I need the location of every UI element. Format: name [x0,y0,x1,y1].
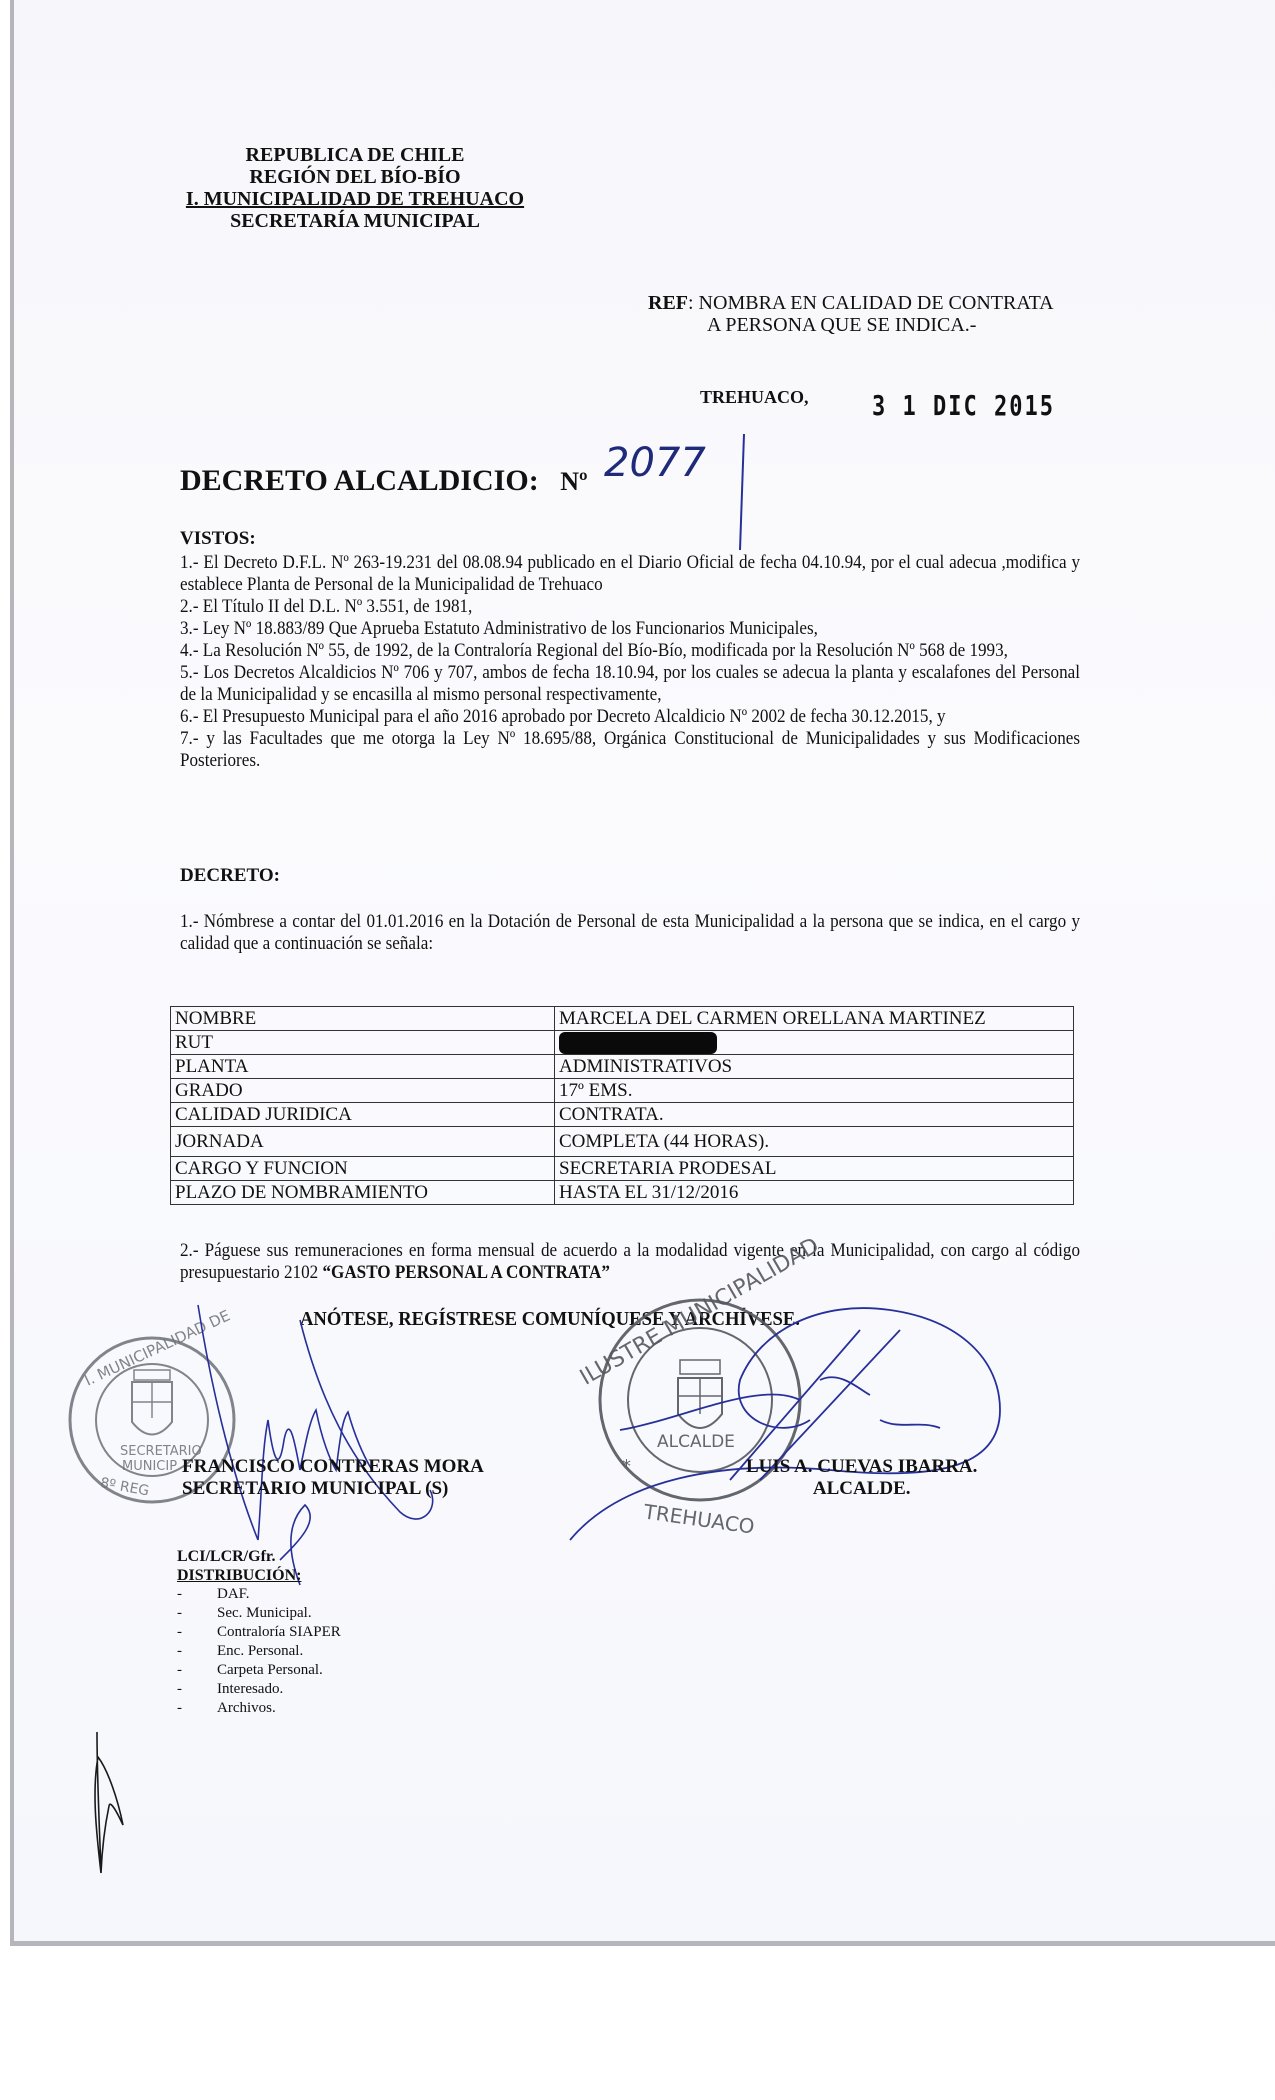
letterhead-department: SECRETARÍA MUNICIPAL [170,210,540,232]
redaction-mark [559,1032,717,1054]
mayor-name: LUIS A. CUEVAS IBARRA. [746,1456,977,1478]
letterhead: REPUBLICA DE CHILE REGIÓN DEL BÍO-BÍO I.… [170,144,540,232]
row-value: CONTRATA. [555,1103,1074,1127]
table-row: PLANTAADMINISTRATIVOS [171,1055,1074,1079]
reference-block: REF: NOMBRA EN CALIDAD DE CONTRATA A PER… [648,292,1054,336]
budget-code-label: “GASTO PERSONAL A CONTRATA” [322,1262,609,1283]
row-key: PLANTA [171,1055,555,1079]
row-key: RUT [171,1031,555,1055]
vistos-list: 1.- El Decreto D.F.L. Nº 263-19.231 del … [180,552,1080,772]
row-value: COMPLETA (44 HORAS). [555,1127,1074,1157]
secretary-title: SECRETARIO MUNICIPAL (S) [182,1478,484,1500]
distribution-item: -Interesado. [177,1680,341,1699]
row-key: GRADO [171,1079,555,1103]
decreto-item-1: 1.- Nómbrese a contar del 01.01.2016 en … [180,911,1080,955]
decree-number-label: Nº [560,467,587,496]
vistos-item-3: 3.- Ley Nº 18.883/89 Que Aprueba Estatut… [180,618,1080,640]
initials: LCI/LCR/Gfr. [177,1547,341,1566]
distribution-item: -Contraloría SIAPER [177,1623,341,1642]
vistos-item-5: 5.- Los Decretos Alcaldicios Nº 706 y 70… [180,662,1080,706]
row-key: JORNADA [171,1127,555,1157]
row-key: CALIDAD JURIDICA [171,1103,555,1127]
row-value: HASTA EL 31/12/2016 [555,1181,1074,1205]
vistos-item-2: 2.- El Título II del D.L. Nº 3.551, de 1… [180,596,1080,618]
mayor-title: ALCALDE. [746,1478,977,1500]
place: TREHUACO, [700,387,809,408]
distribution-heading: DISTRIBUCIÓN: [177,1566,341,1585]
vistos-item-6: 6.- El Presupuesto Municipal para el año… [180,706,1080,728]
decree-title: DECRETO ALCALDICIO: Nº [180,464,588,498]
letterhead-municipality: I. MUNICIPALIDAD DE TREHUACO [170,188,540,210]
decree-title-text: DECRETO ALCALDICIO: [180,464,539,497]
table-row: GRADO17º EMS. [171,1079,1074,1103]
vistos-heading: VISTOS: [180,528,256,550]
distribution-item: -DAF. [177,1585,341,1604]
letterhead-country: REPUBLICA DE CHILE [170,144,540,166]
closing-formula: ANÓTESE, REGÍSTRESE COMUNÍQUESE Y ARCHÍV… [300,1308,800,1331]
decreto-heading: DECRETO: [180,865,280,887]
distribution-block: LCI/LCR/Gfr. DISTRIBUCIÓN: -DAF. -Sec. M… [177,1547,341,1718]
vistos-item-4: 4.- La Resolución Nº 55, de 1992, de la … [180,640,1080,662]
table-row: CALIDAD JURIDICACONTRATA. [171,1103,1074,1127]
row-value: ADMINISTRATIVOS [555,1055,1074,1079]
row-value: MARCELA DEL CARMEN ORELLANA MARTINEZ [555,1007,1074,1031]
table-row: JORNADACOMPLETA (44 HORAS). [171,1127,1074,1157]
distribution-item: -Carpeta Personal. [177,1661,341,1680]
vistos-item-7: 7.- y las Facultades que me otorga la Le… [180,728,1080,772]
row-key: NOMBRE [171,1007,555,1031]
table-row: CARGO Y FUNCIONSECRETARIA PRODESAL [171,1157,1074,1181]
row-value: SECRETARIA PRODESAL [555,1157,1074,1181]
reference-line-1: : NOMBRA EN CALIDAD DE CONTRATA [688,292,1054,314]
distribution-item: -Archivos. [177,1699,341,1718]
decreto-item-2-text: 2.- Páguese sus remuneraciones en forma … [180,1240,1080,1283]
distribution-item: -Sec. Municipal. [177,1604,341,1623]
row-value: 17º EMS. [555,1079,1074,1103]
date-stamp: 3 1 DIC 2015 [872,391,1055,422]
decreto-item-2: 2.- Páguese sus remuneraciones en forma … [180,1240,1080,1284]
appointment-table: NOMBREMARCELA DEL CARMEN ORELLANA MARTIN… [170,1006,1074,1205]
distribution-item: -Enc. Personal. [177,1642,341,1661]
decree-number-handwritten: 2077 [604,440,706,486]
mayor-signatory: LUIS A. CUEVAS IBARRA. ALCALDE. [746,1456,977,1500]
table-row: RUT [171,1031,1074,1055]
row-key: PLAZO DE NOMBRAMIENTO [171,1181,555,1205]
reference-line-2: A PERSONA QUE SE INDICA.- [648,314,1054,336]
letterhead-region: REGIÓN DEL BÍO-BÍO [170,166,540,188]
secretary-signatory: FRANCISCO CONTRERAS MORA SECRETARIO MUNI… [182,1456,484,1500]
table-row: PLAZO DE NOMBRAMIENTO HASTA EL 31/12/201… [171,1181,1074,1205]
reference-label: REF [648,292,688,314]
row-value [555,1031,1074,1055]
table-row: NOMBREMARCELA DEL CARMEN ORELLANA MARTIN… [171,1007,1074,1031]
vistos-item-1: 1.- El Decreto D.F.L. Nº 263-19.231 del … [180,552,1080,596]
secretary-name: FRANCISCO CONTRERAS MORA [182,1456,484,1478]
row-key: CARGO Y FUNCION [171,1157,555,1181]
